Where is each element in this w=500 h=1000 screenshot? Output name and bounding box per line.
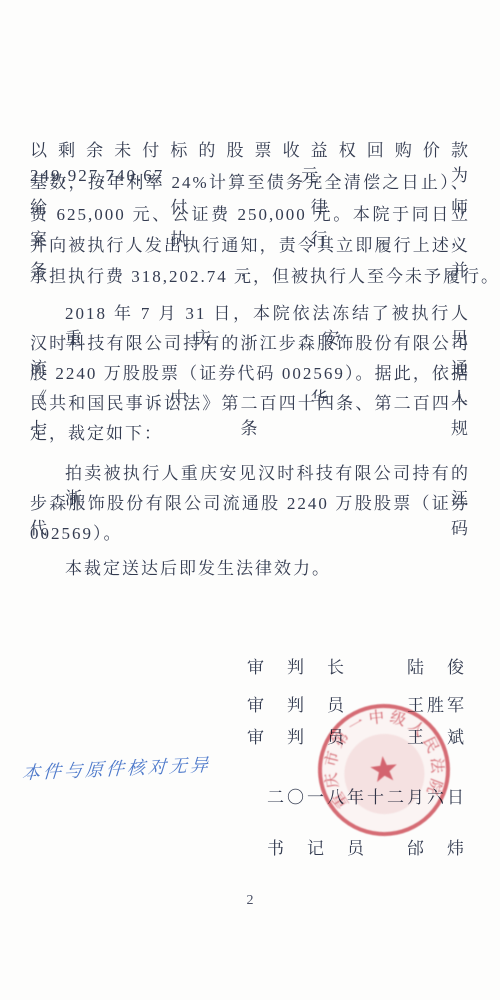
court-seal-stamp: 重庆市第一中级人民法院	[307, 693, 461, 847]
presiding-judge-line: 审 判 长 陆 俊	[247, 653, 467, 678]
judge-line: 审 判 员 王胜军	[247, 691, 467, 716]
body-line: 定，裁定如下：	[30, 419, 470, 444]
verification-note-handwriting: 本件与原件核对无异	[21, 751, 211, 785]
body-line: 002569）。	[30, 519, 470, 544]
seal-ring	[314, 700, 455, 841]
judge-line: 审 判 员 王 斌	[247, 723, 467, 748]
star-icon	[369, 755, 398, 783]
page-number: 2	[0, 893, 500, 909]
body-line: 承担执行费 318,202.74 元，但被执行人至今未予履行。	[30, 262, 470, 287]
document-page: 以剩余未付标的股票收益权回购价款 249,927,740.67 元为 基数，按年…	[0, 0, 500, 1000]
date-line: 二〇一八年十二月六日	[267, 783, 467, 808]
body-line: 本裁定送达后即发生法律效力。	[30, 554, 470, 579]
clerk-line: 书 记 员 邰 炜	[267, 834, 467, 859]
